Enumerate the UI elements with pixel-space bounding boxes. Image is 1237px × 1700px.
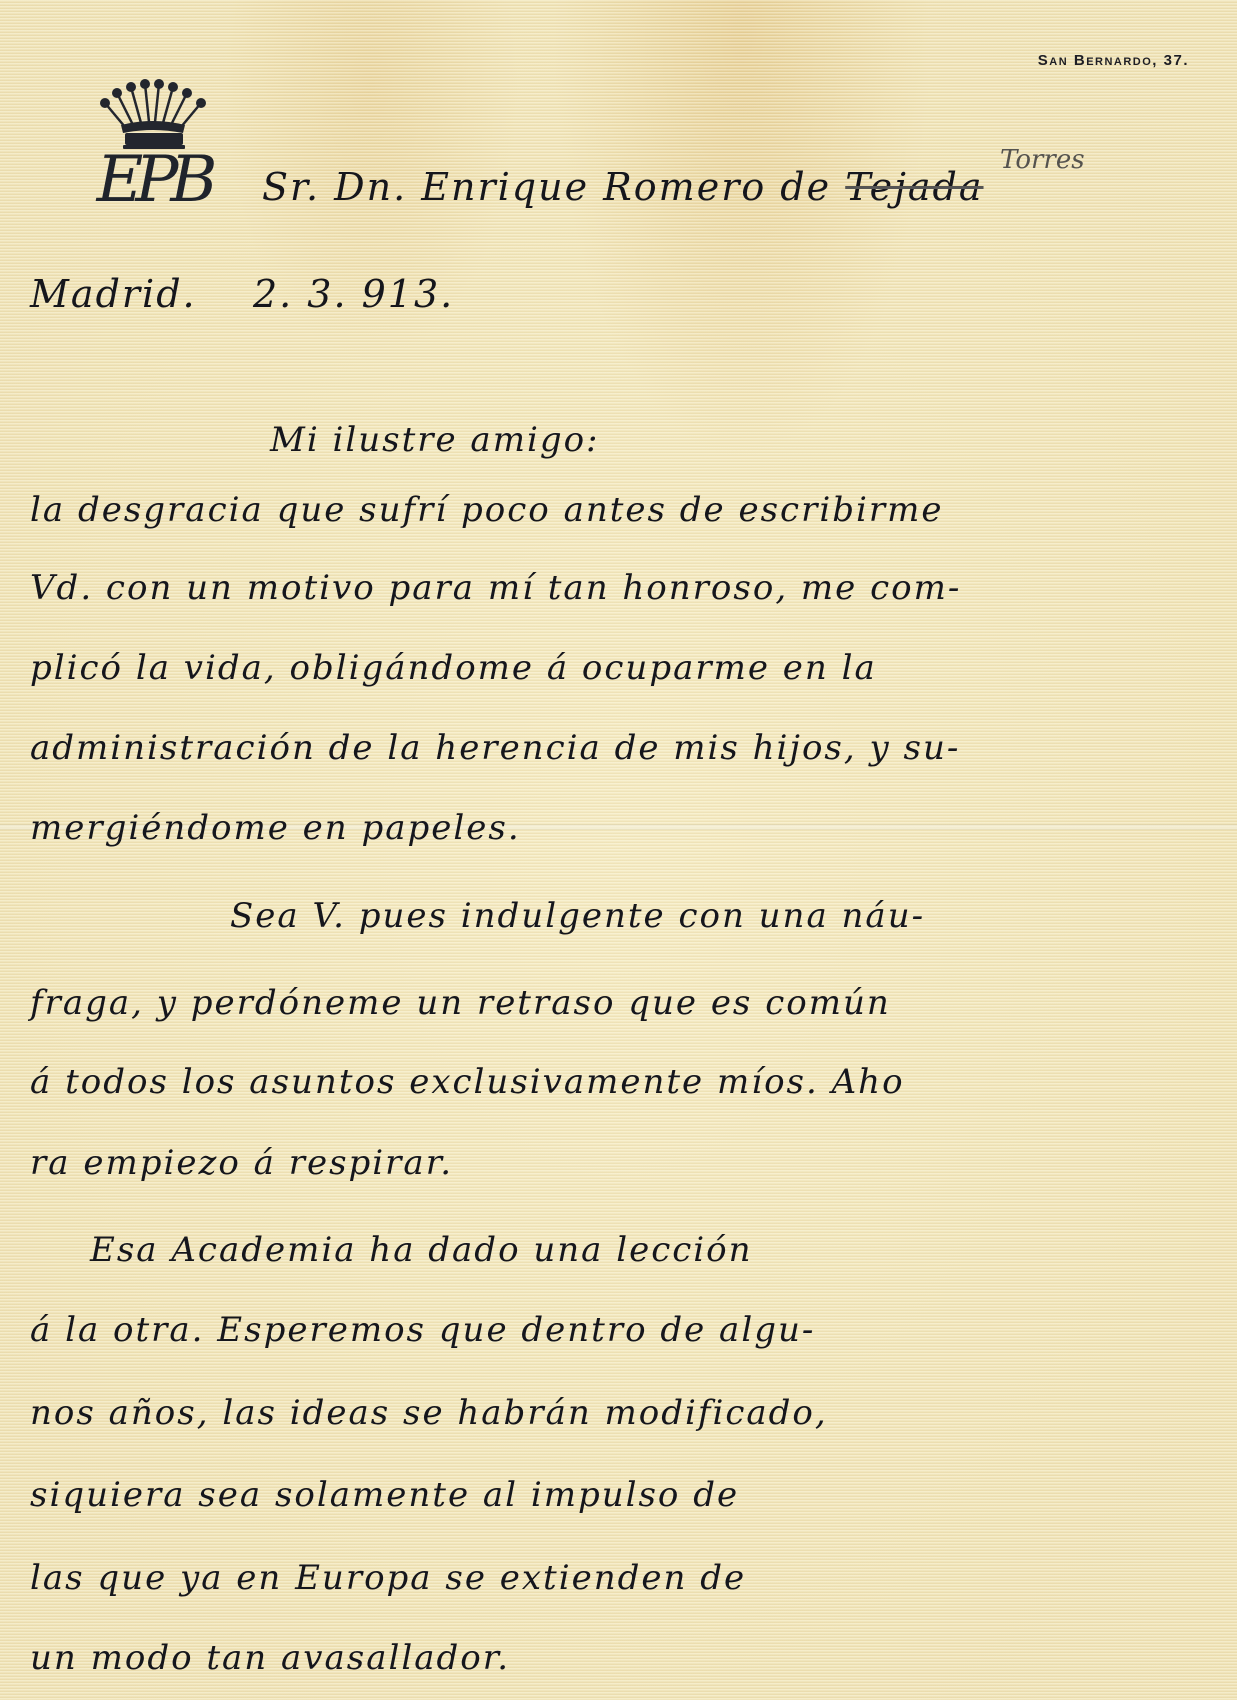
recipient-line: Sr. Dn. Enrique Romero de Tejada: [262, 165, 984, 209]
recipient-surname-struck: Tejada: [845, 165, 983, 209]
body-line: á la otra. Esperemos que dentro de algu-: [30, 1310, 815, 1350]
body-line: plicó la vida, obligándome á ocuparme en…: [30, 648, 877, 688]
body-line: Esa Academia ha dado una lección: [90, 1230, 753, 1270]
place-date-line: Madrid. 2. 3. 913.: [30, 272, 454, 316]
letterhead-address: San Bernardo, 37.: [1038, 52, 1189, 69]
body-line: Vd. con un motivo para mí tan honroso, m…: [30, 568, 961, 608]
body-line: fraga, y perdóneme un retraso que es com…: [30, 983, 891, 1023]
body-line: á todos los asuntos exclusivamente míos.…: [30, 1062, 905, 1102]
pencil-correction: Torres: [1000, 145, 1085, 175]
body-line: la desgracia que sufrí poco antes de esc…: [30, 490, 943, 530]
place: Madrid.: [30, 272, 197, 316]
body-line: Sea V. pues indulgente con una náu-: [230, 896, 925, 936]
body-line: nos años, las ideas se habrán modificado…: [30, 1393, 828, 1433]
body-line: mergiéndome en papeles.: [30, 808, 521, 848]
body-line: administración de la herencia de mis hij…: [30, 728, 960, 768]
date: 2. 3. 913.: [253, 272, 454, 316]
body-line: un modo tan avasallador.: [30, 1638, 510, 1678]
letter-page: San Bernardo, 37. EPB Sr. Dn. Enrique Ro…: [0, 0, 1237, 1700]
salutation: Mi ilustre amigo:: [270, 420, 600, 460]
body-line: ra empiezo á respirar.: [30, 1143, 453, 1183]
body-line: las que ya en Europa se extienden de: [30, 1558, 746, 1598]
recipient-name: Sr. Dn. Enrique Romero de: [262, 165, 831, 209]
body-line: siquiera sea solamente al impulso de: [30, 1475, 739, 1515]
monogram: EPB: [88, 140, 218, 220]
